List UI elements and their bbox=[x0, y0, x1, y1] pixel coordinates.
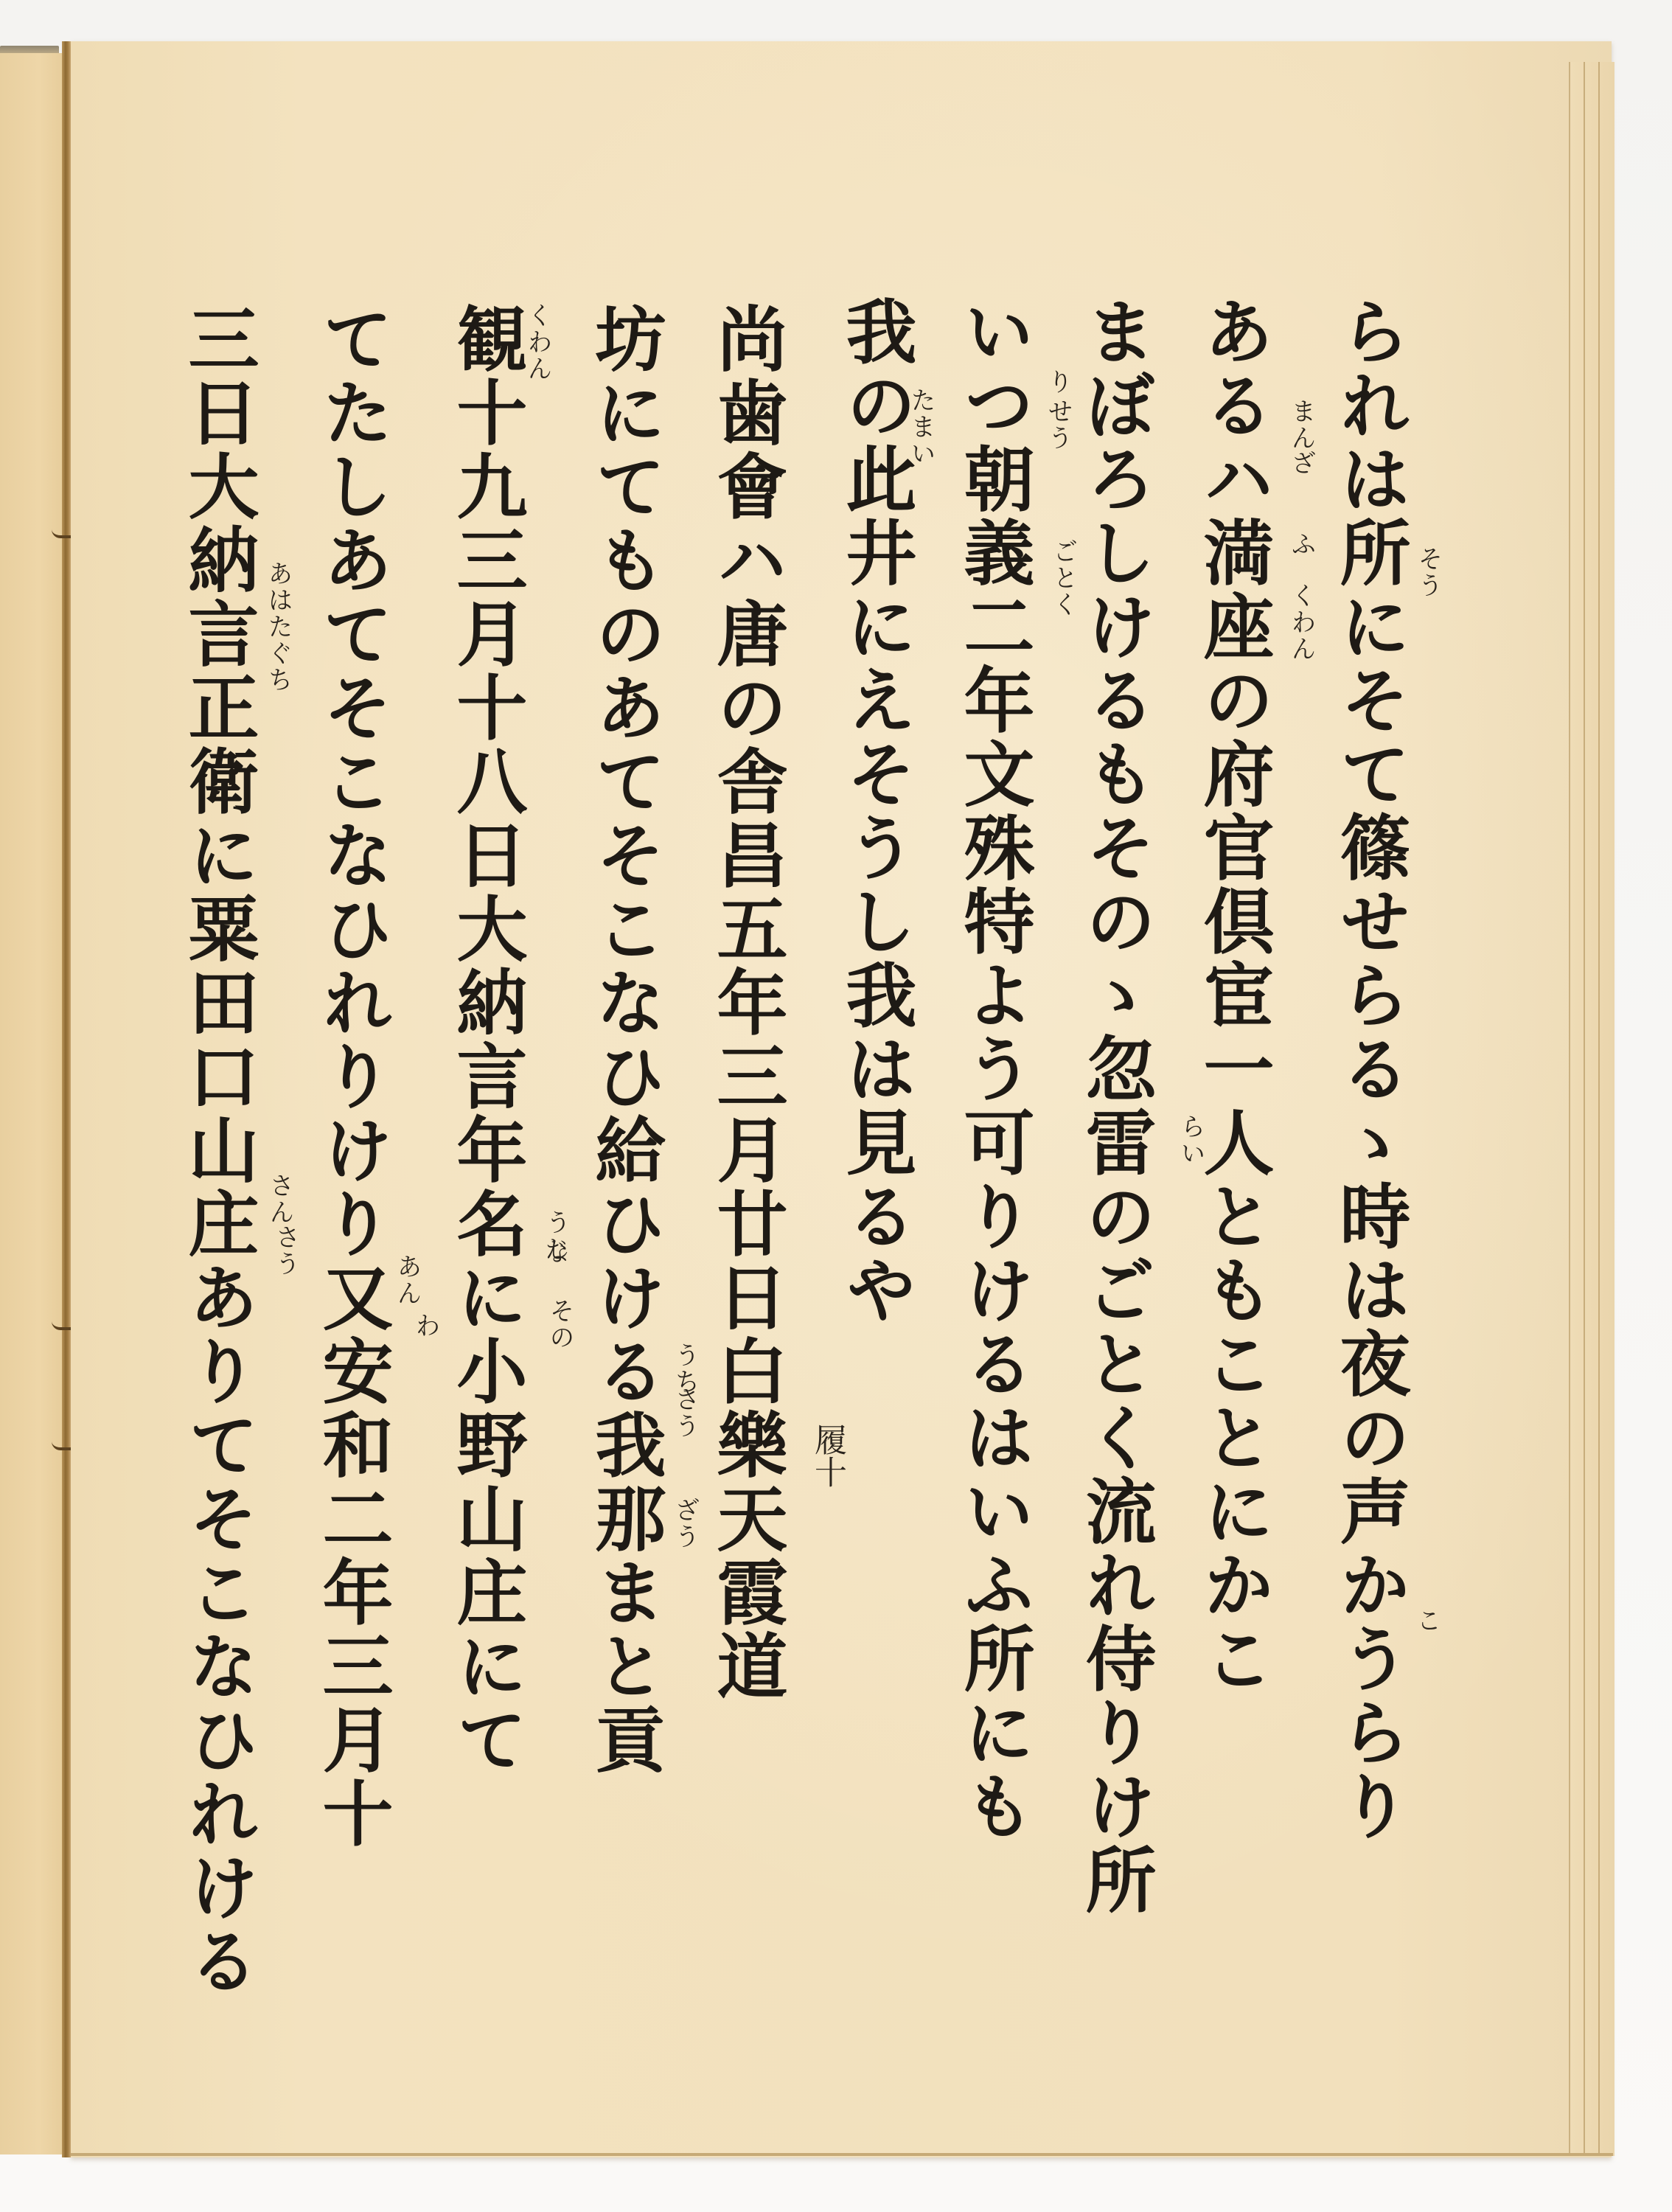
marginal-note: 履十 bbox=[811, 1423, 843, 1488]
text-column-8: 観十九三月十八日大納言年名に小野山庄にて bbox=[451, 302, 522, 1777]
furigana: ざ bbox=[1289, 450, 1314, 476]
text-column-7: 坊にてものあてそこなひ給ひける我那まと貢 bbox=[590, 302, 661, 1777]
furigana: り bbox=[1045, 369, 1070, 395]
text-column-1: られは所にそて篠せらるゝ時は夜の声かうらり bbox=[1334, 295, 1405, 1843]
text-column-6: 尚歯會ハ唐の舎昌五年三月廿日白樂天霞道 bbox=[711, 302, 782, 1703]
text-column-5: 我の此井にえそうし我は見るや bbox=[840, 295, 911, 1327]
furigana: らい bbox=[1178, 1113, 1203, 1166]
furigana: あはたぐち bbox=[265, 560, 290, 693]
text-column-10: 三日大納言正衛に粟田口山庄ありてそこなひれける bbox=[183, 302, 254, 1998]
text-column-4: いつ朝義二年文殊特よう可りけるはいふ所にも bbox=[958, 295, 1029, 1843]
furigana: その bbox=[547, 1298, 572, 1351]
text-column-9: てたしあてそこなひれりけり又安和二年三月十 bbox=[317, 302, 388, 1851]
furigana: ざう bbox=[672, 1497, 697, 1550]
furigana: さん bbox=[267, 1172, 292, 1225]
furigana: たまい bbox=[908, 387, 933, 467]
furigana: そう bbox=[1415, 546, 1441, 599]
text-column-2: あるハ満座の府官倶宦一人ともことにかこ bbox=[1198, 295, 1269, 1696]
page-bottom-edge bbox=[71, 2153, 1613, 2156]
furigana: くわん bbox=[525, 302, 550, 382]
text-column-3: まぼろしけるもそのゝ忽雷のごとく流れ侍りけ所 bbox=[1080, 295, 1151, 1917]
furigana: ふ bbox=[1289, 531, 1314, 557]
page-stack-edges bbox=[1569, 62, 1614, 2156]
furigana: さう bbox=[273, 1224, 298, 1277]
furigana: わ bbox=[413, 1312, 438, 1339]
furigana: さう bbox=[672, 1386, 697, 1439]
binding-gutter bbox=[62, 41, 71, 2157]
furigana: こ bbox=[1414, 1607, 1439, 1634]
furigana: ごとく bbox=[1051, 538, 1076, 618]
furigana: あん bbox=[394, 1253, 419, 1307]
furigana: な bbox=[542, 1239, 567, 1265]
furigana: せう bbox=[1045, 398, 1070, 451]
furigana: まん bbox=[1289, 398, 1314, 451]
furigana: くわん bbox=[1289, 582, 1314, 662]
previous-leaf bbox=[0, 53, 65, 2154]
